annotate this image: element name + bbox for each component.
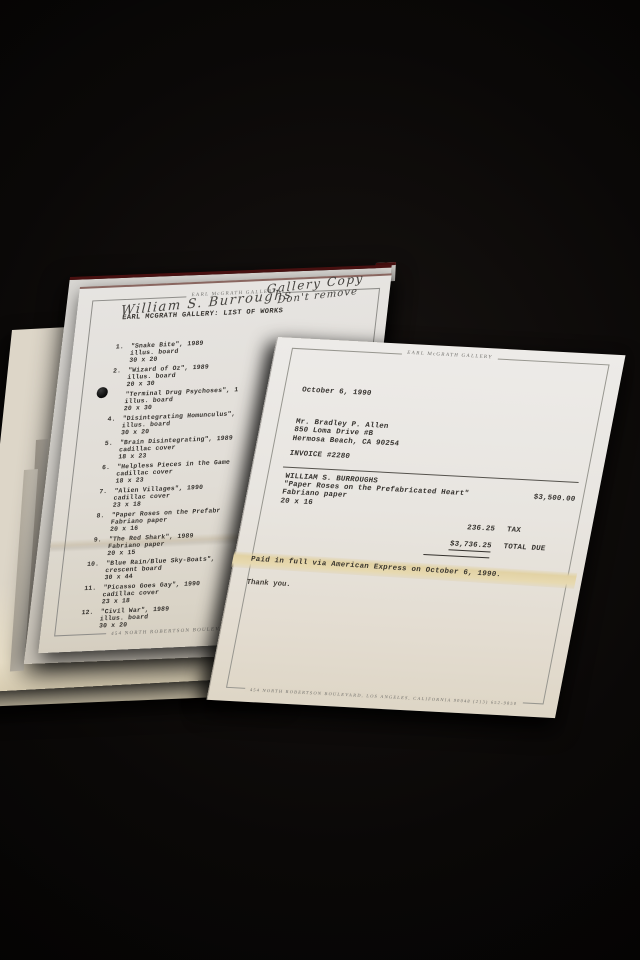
list-item-body: "Helpless Pieces in the Game cadillac co… bbox=[115, 459, 230, 485]
list-item-body: "Civil War", 1989 illus. board 30 x 20 bbox=[99, 605, 170, 629]
list-item-number: 6. bbox=[93, 464, 110, 486]
list-item-body: "Paper Roses on the Prefabr Fabriano pap… bbox=[110, 507, 221, 533]
list-item-number: 2. bbox=[104, 367, 121, 389]
list-item-body: "Picasso Goes Gay", 1990 cadillac cover … bbox=[101, 580, 200, 605]
tax-amount: 236.25 bbox=[466, 524, 495, 534]
list-item-body: "Snake Bite", 1989 illus. board 30 x 20 bbox=[129, 340, 204, 364]
list-item-body: "Blue Rain/Blue Sky-Boats", crescent boa… bbox=[104, 555, 215, 581]
list-item-number: 4. bbox=[99, 416, 116, 438]
photo-of-documents: EARL McGRATH GALLERY Gallery Copy Don't … bbox=[0, 0, 640, 960]
list-item-number: 5. bbox=[96, 440, 113, 462]
list-item-number: 1. bbox=[107, 343, 124, 365]
list-item-number: 8. bbox=[88, 512, 105, 534]
list-item-body: "Wizard of Oz", 1989 illus. board 20 x 3… bbox=[126, 363, 209, 388]
total-label: TOTAL DUE bbox=[503, 543, 566, 554]
list-item-number: 10. bbox=[82, 560, 99, 582]
tax-label: TAX bbox=[506, 526, 569, 537]
invoice-body: October 6, 1990 Mr. Bradley P. Allen 850… bbox=[271, 386, 594, 562]
list-item-body: "Terminal Drug Psychoses", 1 illus. boar… bbox=[123, 386, 238, 412]
list-item-body: "Alien Villages", 1990 cadillac cover 23… bbox=[112, 484, 203, 509]
list-item-number: 11. bbox=[79, 585, 96, 607]
total-amount: $3,736.25 bbox=[449, 540, 493, 552]
list-item-body: "Brain Disintegrating", 1989 cadillac co… bbox=[118, 434, 233, 460]
list-item-number: 7. bbox=[90, 488, 107, 510]
list-item-body: "Disintegrating Homunculus", illus. boar… bbox=[121, 410, 236, 436]
invoice-page: EARL McGRATH GALLERY October 6, 1990 Mr.… bbox=[206, 337, 625, 718]
list-item-number: 12. bbox=[77, 609, 94, 631]
